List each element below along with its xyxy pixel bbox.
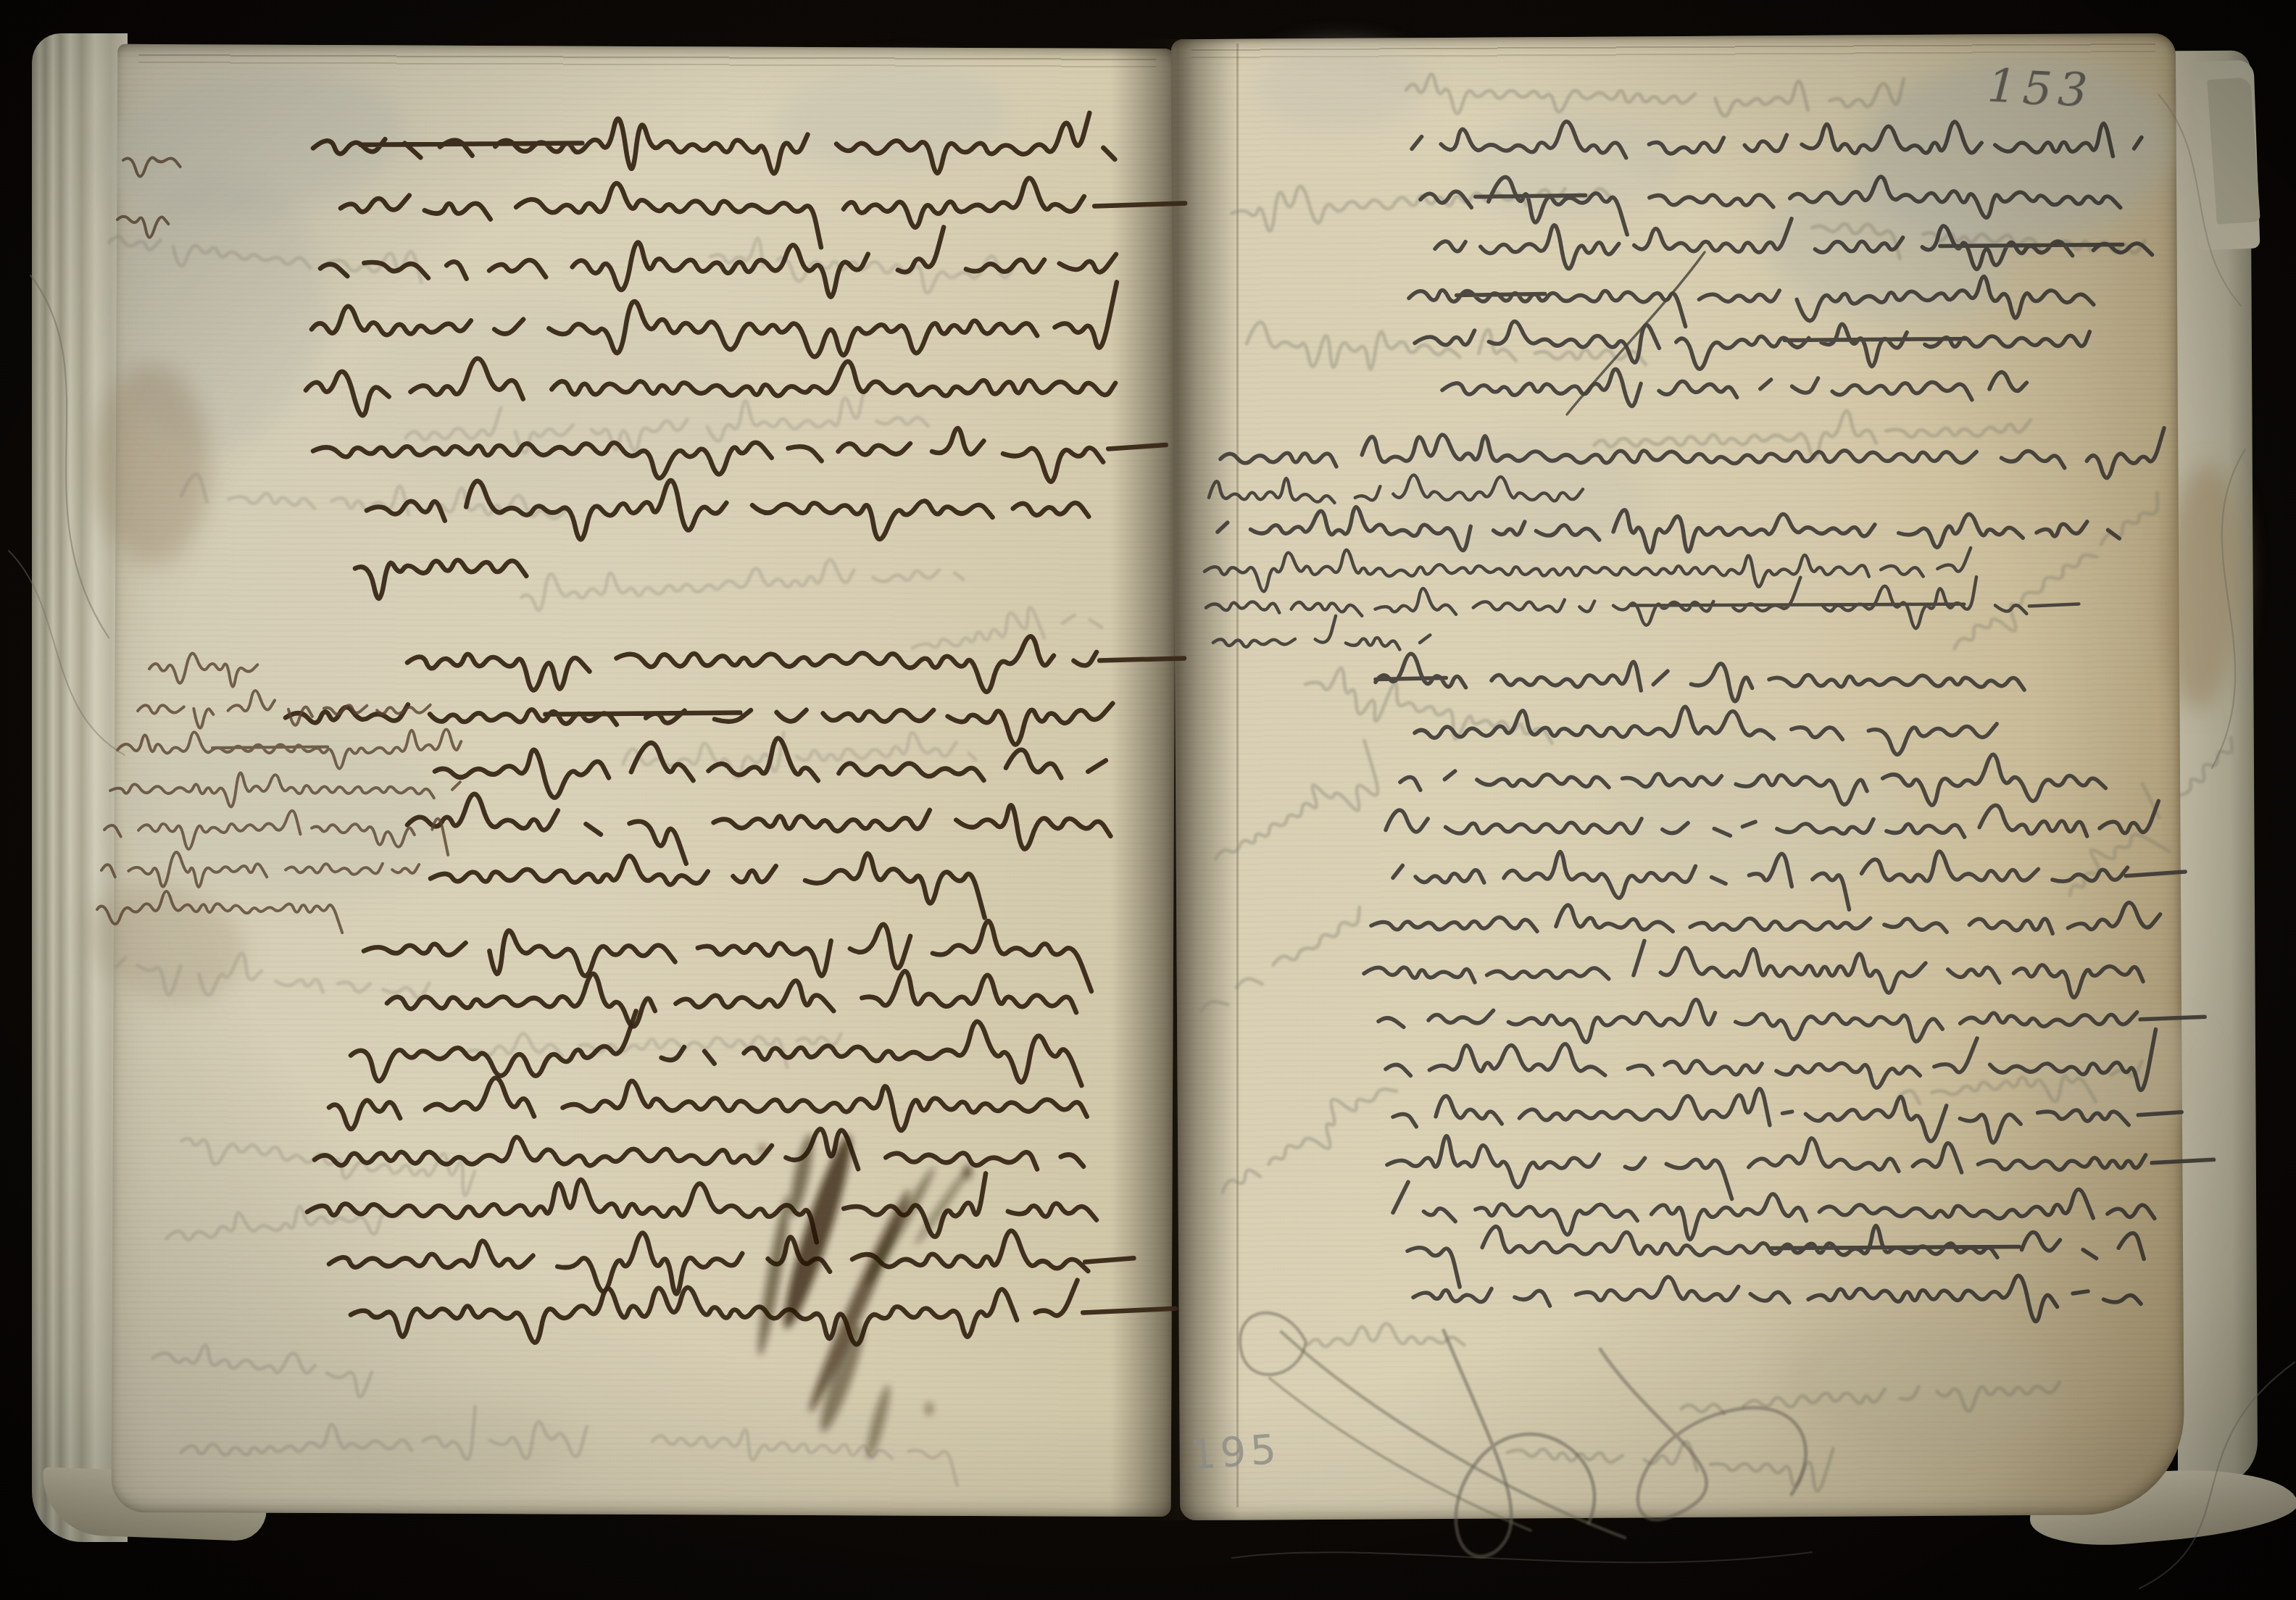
left-manuscript-page <box>112 44 1178 1517</box>
right-manuscript-page <box>1171 33 2184 1520</box>
folio-number: 153 <box>1986 59 2095 119</box>
photo-open-manuscript-book: 153 195 <box>0 0 2296 1600</box>
pencil-foliation-number: 195 <box>1189 1426 1282 1480</box>
right-under-leaf-edge <box>2171 51 2258 1486</box>
right-page-fold-crease <box>1236 43 1239 1507</box>
